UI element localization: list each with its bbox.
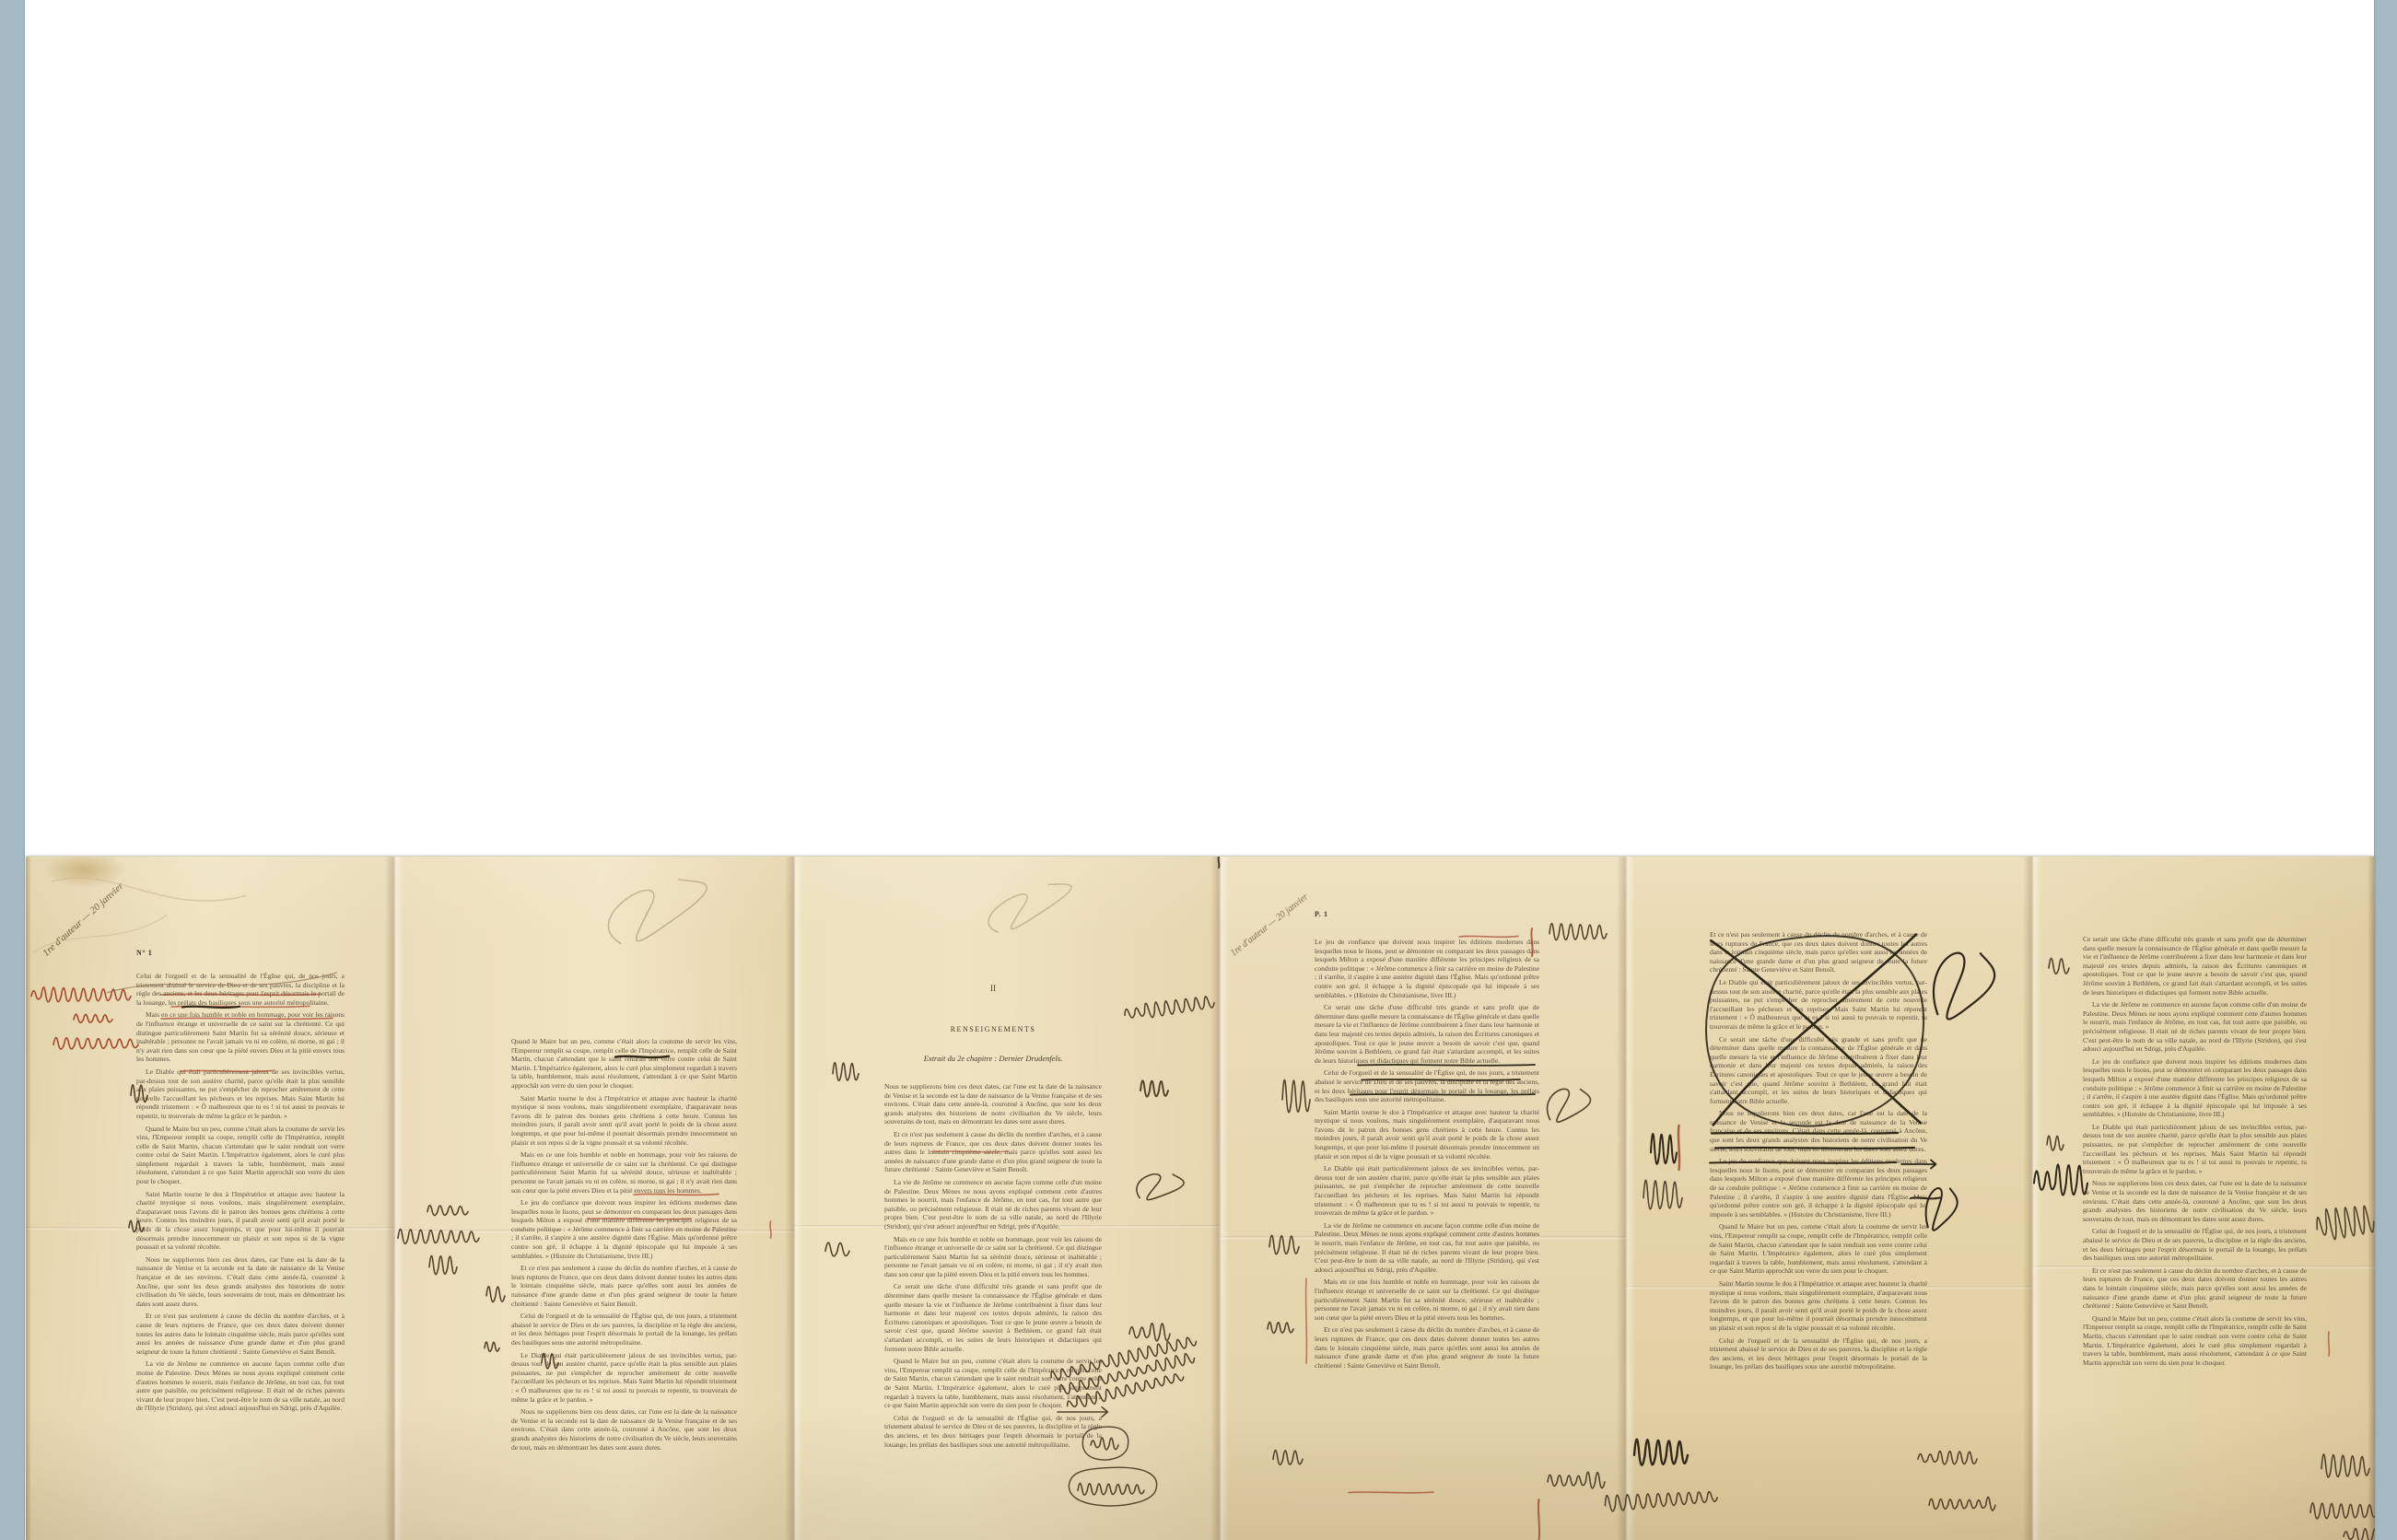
arrow-mark xyxy=(1901,1159,1942,1170)
galley-paragraph: Celui de l'orgueil et de la sensualité d… xyxy=(2083,1227,2307,1262)
galley-paragraph: Le Diable qui était particulièrement jal… xyxy=(1315,1164,1539,1218)
cursive-phrase xyxy=(2310,1498,2375,1520)
ink-strikethrough xyxy=(1715,1146,1914,1150)
galley-paragraph: La vie de Jérôme ne commence en aucune f… xyxy=(136,1359,345,1413)
left-border-strip xyxy=(0,0,25,1540)
galley-column-6: Ce serait une tâche d'une difficulté trè… xyxy=(2083,935,2307,1540)
right-border-strip xyxy=(2374,0,2397,1540)
gutter-note xyxy=(429,1251,457,1275)
gutter-note xyxy=(1549,917,1607,941)
red-bar xyxy=(1677,1126,1681,1170)
galley-paragraph: Et ce n'est pas seulement à cause du déc… xyxy=(511,1264,737,1308)
galley-paragraph: Nous ne supplierons bien ces deux dates,… xyxy=(136,1255,345,1309)
galley-paragraph: Mais en ce une fois humble et noble en h… xyxy=(884,1235,1102,1279)
edge-notch xyxy=(1217,857,1221,868)
margin-mark xyxy=(129,1214,144,1234)
red-underline xyxy=(588,1217,691,1221)
galley-column-4: Le jeu de confiance que doivent nous ins… xyxy=(1315,938,1539,1540)
galley-paragraph: Celui de l'orgueil et de la sensualité d… xyxy=(511,1312,737,1347)
galley-paragraph: La vie de Jérôme ne commence en aucune f… xyxy=(884,1178,1102,1231)
red-bar xyxy=(768,1221,773,1238)
margin-mark xyxy=(131,1080,147,1102)
ink-strikethrough xyxy=(1358,1063,1535,1067)
galley-paragraph: La vie de Jérôme ne commence en aucune f… xyxy=(2083,1000,2307,1054)
galley-paragraph: Celui de l'orgueil et de la sensualité d… xyxy=(1315,1068,1539,1103)
margin-mark xyxy=(833,1057,859,1081)
red-strikethrough xyxy=(181,1068,273,1074)
red-margin-note-line2 xyxy=(74,1009,112,1024)
red-underline xyxy=(1349,1490,1433,1495)
circled-word xyxy=(1078,1479,1144,1496)
red-strikethrough xyxy=(1459,934,1518,939)
red-bar xyxy=(1529,928,1535,956)
red-margin-note-line3 xyxy=(53,1033,138,1050)
galley-paragraph: Nous ne supplierons bien ces deux dates,… xyxy=(884,1082,1102,1126)
ink-strikethrough xyxy=(1351,1092,1535,1097)
red-strikethrough xyxy=(634,1192,719,1197)
galley-paragraph: Ce serait une tâche d'une difficulté trè… xyxy=(884,1282,1102,1353)
red-underline xyxy=(932,1149,1008,1154)
margin-scrawl xyxy=(1923,1181,1953,1232)
ink-strikethrough xyxy=(1710,1161,1896,1165)
galley-column-1: Celui de l'orgueil et de la sensualité d… xyxy=(136,972,345,1540)
gutter-note xyxy=(1548,1468,1605,1488)
margin-mark xyxy=(1268,1315,1293,1336)
galley-paragraph: Saint Martin tourne le dos à l'Impératri… xyxy=(136,1190,345,1252)
gutter-note xyxy=(1918,1448,1977,1464)
bold-margin-mark xyxy=(1634,1431,1688,1466)
arrow-mark xyxy=(1058,1406,1117,1418)
margin-scrawl xyxy=(1643,1172,1682,1210)
red-bar xyxy=(2327,1332,2331,1356)
margin-mark xyxy=(2049,951,2069,976)
galley-paragraph: Le jeu de confiance que doivent nous ins… xyxy=(511,1198,737,1260)
galley-paragraph: Nous ne supplierons bien ces deux dates,… xyxy=(511,1407,737,1452)
galley-paragraph: Le jeu de confiance que doivent nous ins… xyxy=(1315,938,1539,999)
galley-paragraph: Le jeu de confiance que doivent nous ins… xyxy=(2083,1057,2307,1119)
chapter-heading: RENSEIGNEMENTS xyxy=(884,1025,1102,1033)
margin-mark xyxy=(825,1236,849,1258)
galley-paragraph: Saint Martin tourne le dos à l'Impératri… xyxy=(1710,1279,1927,1333)
red-underline xyxy=(161,1016,333,1021)
gutter-note xyxy=(427,1199,468,1218)
galley-paragraph: Le jeu de confiance que doivent nous ins… xyxy=(1710,1157,1927,1219)
big-scrawl xyxy=(1929,941,1986,1022)
galley-paragraph: Mais en ce une fois humble et noble en h… xyxy=(1315,1277,1539,1322)
galley-column-2: Quand le Maire but un peu, comme c'était… xyxy=(511,1037,737,1540)
margin-scrawl xyxy=(1544,1083,1584,1124)
red-rule xyxy=(1304,1278,1308,1363)
galley-paragraph: Quand le Maire but un peu, comme c'était… xyxy=(1710,1222,1927,1276)
red-underline xyxy=(161,992,320,997)
galley-paragraph: Mais en ce une fois humble et noble en h… xyxy=(511,1150,737,1195)
margin-mark xyxy=(1269,1231,1299,1254)
galley-paragraph: Ce serait une tâche d'une difficulté trè… xyxy=(2083,935,2307,997)
galley-paragraph: Le Diable qui était particulièrement jal… xyxy=(2083,1123,2307,1176)
cursive-phrase xyxy=(2344,1525,2375,1540)
galley-paragraph: Quand le Maire but un peu, comme c'était… xyxy=(2083,1314,2307,1368)
gutter-note xyxy=(1929,1494,1995,1511)
galley-paragraph: Saint Martin tourne le dos à l'Impératri… xyxy=(1315,1108,1539,1161)
galley-paragraph: Ce serait une tâche d'une difficulté trè… xyxy=(1315,1003,1539,1065)
galley-paragraph: Quand le Maire but un peu, comme c'était… xyxy=(136,1125,345,1186)
deletion-lasso xyxy=(1701,930,1929,1131)
chapter-numeral: II xyxy=(884,984,1102,993)
margin-scrawl xyxy=(2313,1196,2375,1242)
galley-paragraph: Celui de l'orgueil et de la sensualité d… xyxy=(1710,1336,1927,1371)
bon-scrawl xyxy=(1133,1170,1177,1201)
gutter-note xyxy=(398,1223,479,1245)
ink-strikethrough xyxy=(1362,1078,1520,1082)
margin-hash xyxy=(1651,1120,1677,1168)
galley-paragraph: La vie de Jérôme ne commence en aucune f… xyxy=(1315,1221,1539,1275)
ink-strikethrough xyxy=(1712,1131,1898,1136)
galley-paragraph: Nous ne supplierons bien ces deux dates,… xyxy=(2083,1179,2307,1223)
ink-strikethrough xyxy=(182,1004,240,1010)
galley-paragraph: Le Diable qui était particulièrement jal… xyxy=(136,1067,345,1121)
galley-paragraph: Saint Martin tourne le dos à l'Impératri… xyxy=(511,1094,737,1148)
ink-deletion xyxy=(615,1054,669,1060)
margin-scrawl xyxy=(1282,1072,1310,1113)
red-bar xyxy=(1537,1499,1541,1540)
margin-mark xyxy=(2047,1131,2064,1151)
dash-mark xyxy=(1911,1196,1940,1201)
galley-number-1: N° 1 xyxy=(136,949,152,957)
margin-mark xyxy=(485,1336,499,1354)
margin-scrawl xyxy=(2321,1442,2369,1481)
margin-mark xyxy=(486,1282,505,1302)
circled-word xyxy=(1091,1435,1118,1450)
bold-margin-mark xyxy=(2034,1157,2087,1196)
galley-number-4: P. 1 xyxy=(1315,910,1328,918)
galley-paragraph: Et ce n'est pas seulement à cause du déc… xyxy=(136,1312,345,1356)
galley-paragraph: Et ce n'est pas seulement à cause du déc… xyxy=(2083,1266,2307,1311)
manuscript-photo: Celui de l'orgueil et de la sensualité d… xyxy=(26,857,2375,1540)
paper-left-edge xyxy=(26,857,31,1540)
screenshot-root: Celui de l'orgueil et de la sensualité d… xyxy=(0,0,2397,1540)
galley-paragraph: Et ce n'est pas seulement à cause du déc… xyxy=(1315,1325,1539,1370)
galley-paragraph: Celui de l'orgueil et de la sensualité d… xyxy=(884,1414,1102,1449)
galley-paragraph: Quand le Maire but un peu, comme c'était… xyxy=(511,1037,737,1091)
chapter-subtitle: Extrait du 2e chapitre : Dernier Drudenf… xyxy=(866,1054,1120,1063)
margin-mark xyxy=(542,1347,558,1371)
gutter-mark xyxy=(1140,1073,1168,1099)
margin-mark xyxy=(1273,1444,1303,1466)
